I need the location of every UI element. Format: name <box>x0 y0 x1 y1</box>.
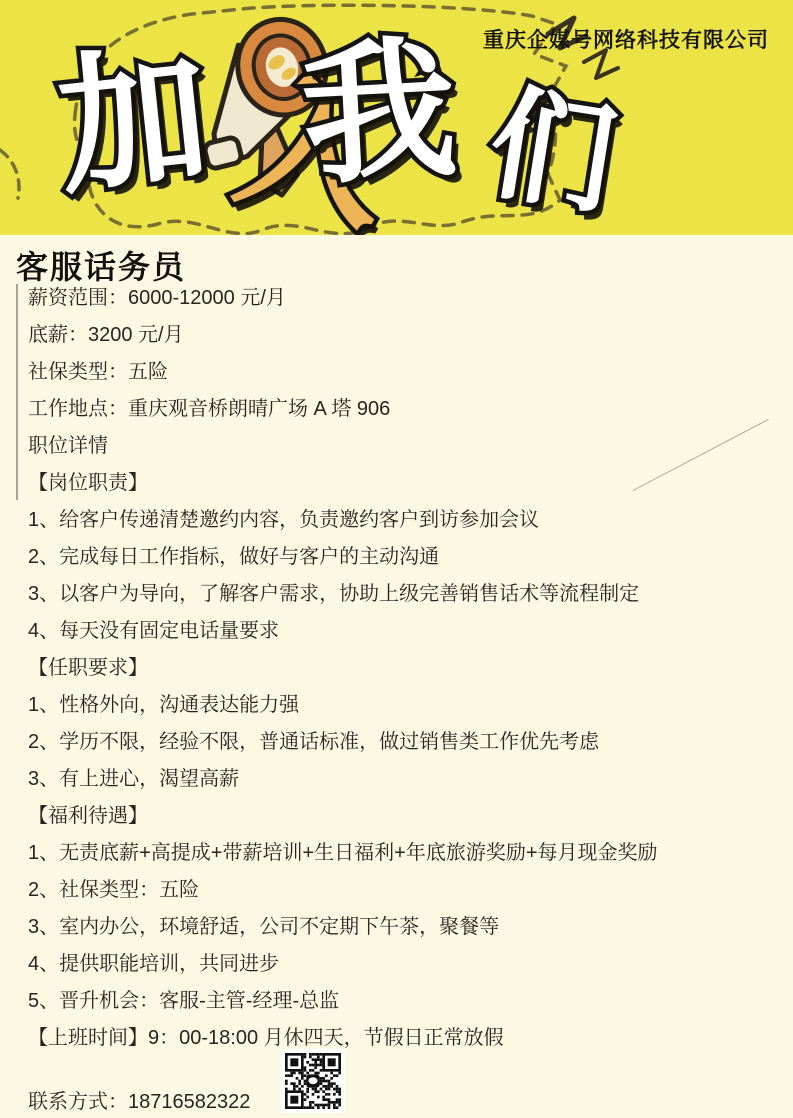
insurance-line: 社保类型：五险 <box>0 354 793 391</box>
company-name: 重庆企媒号网络科技有限公司 <box>483 24 769 54</box>
job-details: 薪资范围：6000-12000 元/月 底薪：3200 元/月 社保类型：五险 … <box>0 280 793 1057</box>
headline-char-4: 们 <box>481 81 623 223</box>
duty-item-3: 3、以客户为导向，了解客户需求，协助上级完善销售话术等流程制定 <box>0 576 793 613</box>
requirements-header: 【任职要求】 <box>0 650 793 687</box>
benefit-item-2: 2、社保类型：五险 <box>0 872 793 909</box>
duty-item-2: 2、完成每日工作指标，做好与客户的主动沟通 <box>0 539 793 576</box>
benefits-header: 【福利待遇】 <box>0 798 793 835</box>
base-salary-line: 底薪：3200 元/月 <box>0 317 793 354</box>
position-detail-label: 职位详情 <box>0 428 793 465</box>
banner: 加 入 我 们 重庆企媒号网络科技有限公司 <box>0 0 793 235</box>
benefit-item-3: 3、室内办公，环境舒适，公司不定期下午茶，聚餐等 <box>0 909 793 946</box>
recruitment-poster: 加 入 我 们 重庆企媒号网络科技有限公司 客服话务员 薪资范围：6000-12… <box>0 0 793 1118</box>
headline-char-3: 我 <box>298 32 460 194</box>
benefit-item-5: 5、晋升机会：客服-主管-经理-总监 <box>0 983 793 1020</box>
duty-item-1: 1、给客户传递清楚邀约内容，负责邀约客户到访参加会议 <box>0 502 793 539</box>
benefit-item-1: 1、无责底薪+高提成+带薪培训+生日福利+年底旅游奖励+每月现金奖励 <box>0 835 793 872</box>
duty-item-4: 4、每天没有固定电话量要求 <box>0 613 793 650</box>
requirement-item-1: 1、性格外向，沟通表达能力强 <box>0 687 793 724</box>
duties-header: 【岗位职责】 <box>0 465 793 502</box>
contact-line: 联系方式：18716582322 <box>28 1089 250 1115</box>
headline-char-1: 加 <box>51 39 216 204</box>
qr-code <box>281 1049 345 1113</box>
working-hours-line: 【上班时间】9：00-18:00 月休四天，节假日正常放假 <box>0 1020 793 1057</box>
salary-range-line: 薪资范围：6000-12000 元/月 <box>0 280 793 317</box>
requirement-item-3: 3、有上进心，渴望高薪 <box>0 761 793 798</box>
requirement-item-2: 2、学历不限，经验不限，普通话标准，做过销售类工作优先考虑 <box>0 724 793 761</box>
benefit-item-4: 4、提供职能培训，共同进步 <box>0 946 793 983</box>
location-line: 工作地点：重庆观音桥朗晴广场 A 塔 906 <box>0 391 793 428</box>
